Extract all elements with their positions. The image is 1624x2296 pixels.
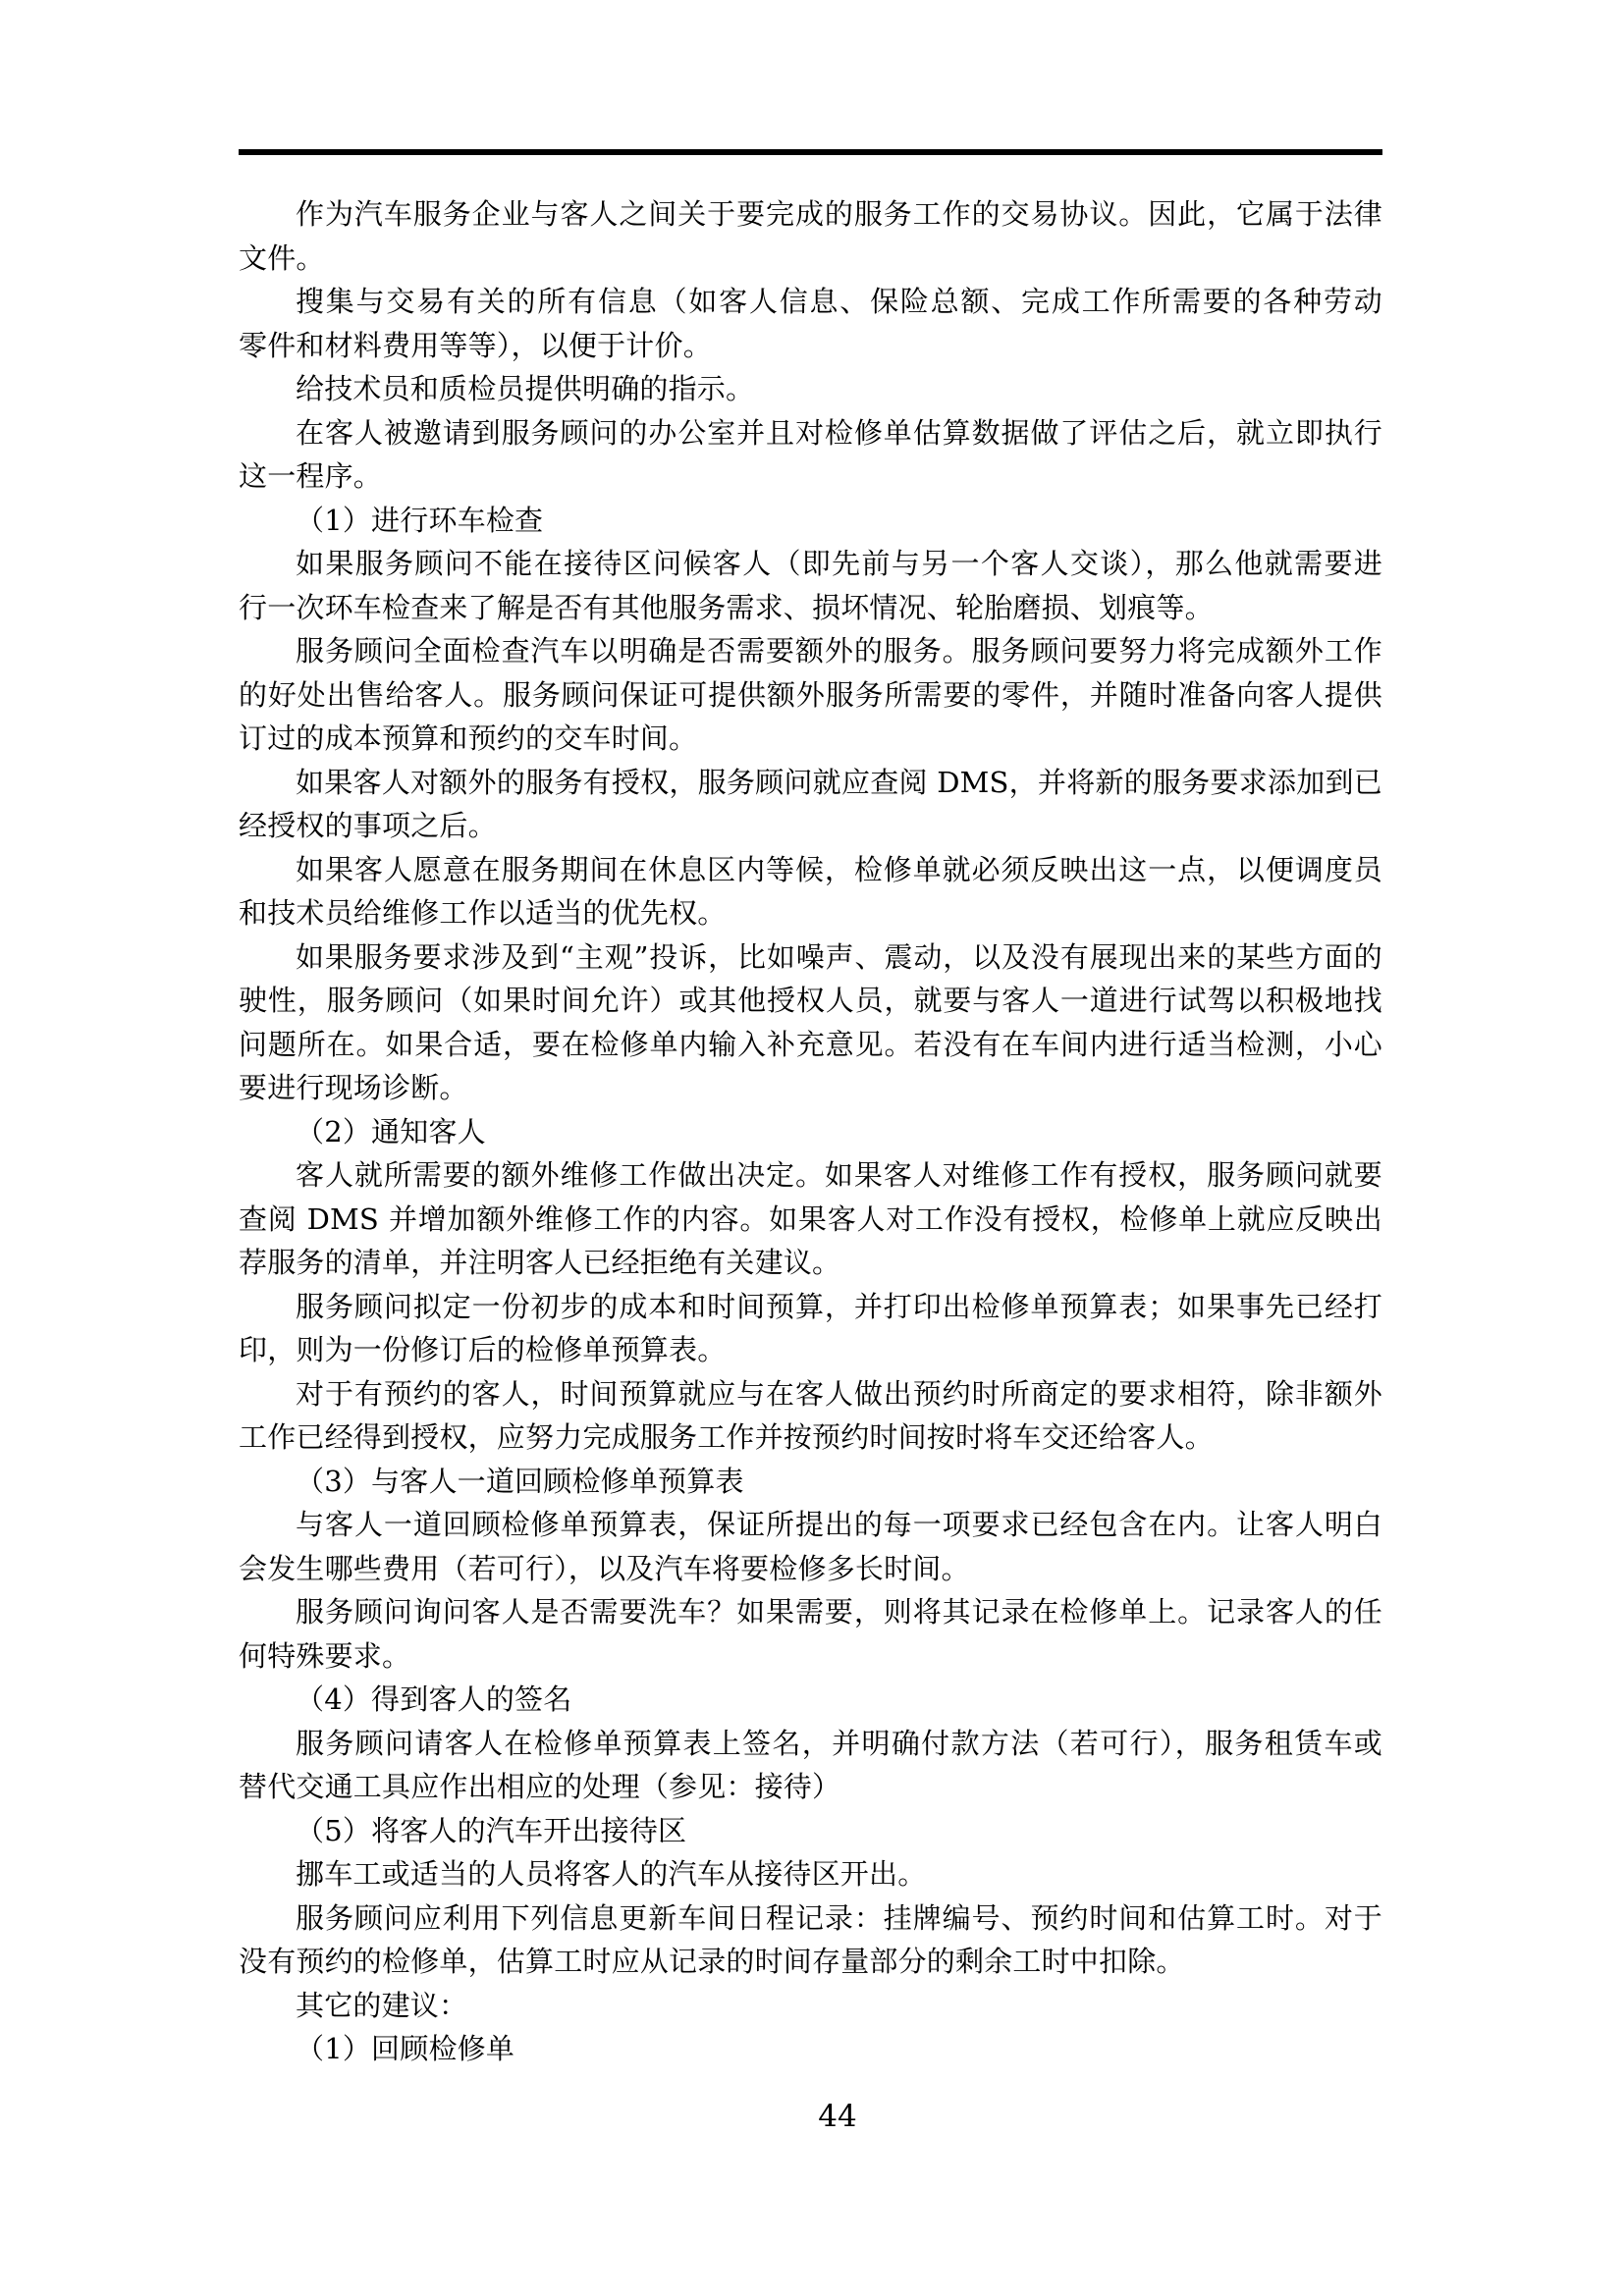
paragraph: 如果客人愿意在服务期间在休息区内等候，检修单就必须反映出这一点，以便调度员和技术… xyxy=(239,848,1382,935)
text-line: 要进行现场诊断。 xyxy=(239,1066,1382,1110)
text-line: 行一次环车检查来了解是否有其他服务需求、损坏情况、轮胎磨损、划痕等。 xyxy=(239,586,1382,630)
text-line: 查阅 DMS 并增加额外维修工作的内容。如果客人对工作没有授权，检修单上就应反映… xyxy=(239,1198,1382,1242)
page-number: 44 xyxy=(26,2099,1624,2134)
text-line: 客人就所需要的额外维修工作做出决定。如果客人对维修工作有授权，服务顾问就要 xyxy=(239,1153,1382,1198)
paragraph: 搜集与交易有关的所有信息（如客人信息、保险总额、完成工作所需要的各种劳动力、零件… xyxy=(239,280,1382,367)
paragraph: 客人就所需要的额外维修工作做出决定。如果客人对维修工作有授权，服务顾问就要查阅 … xyxy=(239,1153,1382,1285)
text-line: 在客人被邀请到服务顾问的办公室并且对检修单估算数据做了评估之后，就立即执行 xyxy=(239,411,1382,455)
text-line: （2）通知客人 xyxy=(239,1110,1382,1154)
text-line: 如果服务顾问不能在接待区问候客人（即先前与另一个客人交谈），那么他就需要进 xyxy=(239,542,1382,586)
document-page: 作为汽车服务企业与客人之间关于要完成的服务工作的交易协议。因此，它属于法律文件。… xyxy=(0,0,1624,2296)
text-line: 对于有预约的客人，时间预算就应与在客人做出预约时所商定的要求相符，除非额外 xyxy=(239,1372,1382,1416)
text-line: （5）将客人的汽车开出接待区 xyxy=(239,1809,1382,1853)
paragraph: 对于有预约的客人，时间预算就应与在客人做出预约时所商定的要求相符，除非额外工作已… xyxy=(239,1372,1382,1460)
text-line: 挪车工或适当的人员将客人的汽车从接待区开出。 xyxy=(239,1852,1382,1896)
paragraph: （1）回顾检修单 xyxy=(239,2027,1382,2071)
text-line: 没有预约的检修单，估算工时应从记录的时间存量部分的剩余工时中扣除。 xyxy=(239,1940,1382,1984)
text-line: 搜集与交易有关的所有信息（如客人信息、保险总额、完成工作所需要的各种劳动力、 xyxy=(239,280,1382,324)
text-line: 服务顾问拟定一份初步的成本和时间预算，并打印出检修单预算表；如果事先已经打 xyxy=(239,1285,1382,1329)
text-line: 和技术员给维修工作以适当的优先权。 xyxy=(239,891,1382,935)
text-line: 服务顾问请客人在检修单预算表上签名，并明确付款方法（若可行），服务租赁车或 xyxy=(239,1722,1382,1766)
text-line: （1）进行环车检查 xyxy=(239,499,1382,543)
text-line: 会发生哪些费用（若可行），以及汽车将要检修多长时间。 xyxy=(239,1547,1382,1591)
paragraph: 服务顾问询问客人是否需要洗车？如果需要，则将其记录在检修单上。记录客人的任何特殊… xyxy=(239,1590,1382,1678)
text-line: （3）与客人一道回顾检修单预算表 xyxy=(239,1460,1382,1504)
text-line: 如果服务要求涉及到“主观”投诉，比如噪声、震动，以及没有展现出来的某些方面的驾 xyxy=(239,935,1382,980)
text-line: （4）得到客人的签名 xyxy=(239,1678,1382,1722)
paragraph: （1）进行环车检查 xyxy=(239,499,1382,543)
text-line: 其它的建议： xyxy=(239,1984,1382,2028)
text-line: 作为汽车服务企业与客人之间关于要完成的服务工作的交易协议。因此，它属于法律 xyxy=(239,192,1382,237)
text-line: 零件和材料费用等等），以便于计价。 xyxy=(239,324,1382,368)
text-line: 荐服务的清单，并注明客人已经拒绝有关建议。 xyxy=(239,1241,1382,1285)
paragraph: 在客人被邀请到服务顾问的办公室并且对检修单估算数据做了评估之后，就立即执行这一程… xyxy=(239,411,1382,499)
text-line: 这一程序。 xyxy=(239,454,1382,499)
paragraph: 服务顾问请客人在检修单预算表上签名，并明确付款方法（若可行），服务租赁车或替代交… xyxy=(239,1722,1382,1809)
text-line: 与客人一道回顾检修单预算表，保证所提出的每一项要求已经包含在内。让客人明白 xyxy=(239,1503,1382,1547)
paragraph: （3）与客人一道回顾检修单预算表 xyxy=(239,1460,1382,1504)
text-line: 服务顾问全面检查汽车以明确是否需要额外的服务。服务顾问要努力将完成额外工作 xyxy=(239,629,1382,673)
text-line: 替代交通工具应作出相应的处理（参见：接待） xyxy=(239,1765,1382,1809)
text-line: 何特殊要求。 xyxy=(239,1634,1382,1679)
text-line: 印，则为一份修订后的检修单预算表。 xyxy=(239,1328,1382,1372)
paragraph: 如果客人对额外的服务有授权，服务顾问就应查阅 DMS，并将新的服务要求添加到已经… xyxy=(239,761,1382,848)
paragraph: 服务顾问拟定一份初步的成本和时间预算，并打印出检修单预算表；如果事先已经打印，则… xyxy=(239,1285,1382,1372)
header-rule xyxy=(239,149,1382,155)
text-line: 如果客人对额外的服务有授权，服务顾问就应查阅 DMS，并将新的服务要求添加到已 xyxy=(239,761,1382,805)
text-line: 服务顾问询问客人是否需要洗车？如果需要，则将其记录在检修单上。记录客人的任 xyxy=(239,1590,1382,1634)
paragraph: 挪车工或适当的人员将客人的汽车从接待区开出。 xyxy=(239,1852,1382,1896)
paragraph: （2）通知客人 xyxy=(239,1110,1382,1154)
text-line: 给技术员和质检员提供明确的指示。 xyxy=(239,367,1382,411)
paragraph: （4）得到客人的签名 xyxy=(239,1678,1382,1722)
paragraph: 如果服务顾问不能在接待区问候客人（即先前与另一个客人交谈），那么他就需要进行一次… xyxy=(239,542,1382,629)
paragraph: 其它的建议： xyxy=(239,1984,1382,2028)
text-line: 驶性，服务顾问（如果时间允许）或其他授权人员，就要与客人一道进行试驾以积极地找出 xyxy=(239,979,1382,1023)
text-line: 的好处出售给客人。服务顾问保证可提供额外服务所需要的零件，并随时准备向客人提供修 xyxy=(239,673,1382,718)
paragraph: （5）将客人的汽车开出接待区 xyxy=(239,1809,1382,1853)
text-line: 问题所在。如果合适，要在检修单内输入补充意见。若没有在车间内进行适当检测，小心不 xyxy=(239,1023,1382,1067)
paragraph: 如果服务要求涉及到“主观”投诉，比如噪声、震动，以及没有展现出来的某些方面的驾驶… xyxy=(239,935,1382,1110)
text-line: 经授权的事项之后。 xyxy=(239,804,1382,848)
paragraph: 服务顾问全面检查汽车以明确是否需要额外的服务。服务顾问要努力将完成额外工作的好处… xyxy=(239,629,1382,761)
document-body: 作为汽车服务企业与客人之间关于要完成的服务工作的交易协议。因此，它属于法律文件。… xyxy=(239,192,1382,2071)
text-line: 工作已经得到授权，应努力完成服务工作并按预约时间按时将车交还给客人。 xyxy=(239,1415,1382,1460)
paragraph: 服务顾问应利用下列信息更新车间日程记录：挂牌编号、预约时间和估算工时。对于没有预… xyxy=(239,1896,1382,1984)
text-line: 订过的成本预算和预约的交车时间。 xyxy=(239,717,1382,761)
text-line: 如果客人愿意在服务期间在休息区内等候，检修单就必须反映出这一点，以便调度员 xyxy=(239,848,1382,892)
paragraph: 给技术员和质检员提供明确的指示。 xyxy=(239,367,1382,411)
text-line: （1）回顾检修单 xyxy=(239,2027,1382,2071)
text-line: 服务顾问应利用下列信息更新车间日程记录：挂牌编号、预约时间和估算工时。对于 xyxy=(239,1896,1382,1941)
paragraph: 作为汽车服务企业与客人之间关于要完成的服务工作的交易协议。因此，它属于法律文件。 xyxy=(239,192,1382,280)
paragraph: 与客人一道回顾检修单预算表，保证所提出的每一项要求已经包含在内。让客人明白会发生… xyxy=(239,1503,1382,1590)
text-line: 文件。 xyxy=(239,237,1382,281)
